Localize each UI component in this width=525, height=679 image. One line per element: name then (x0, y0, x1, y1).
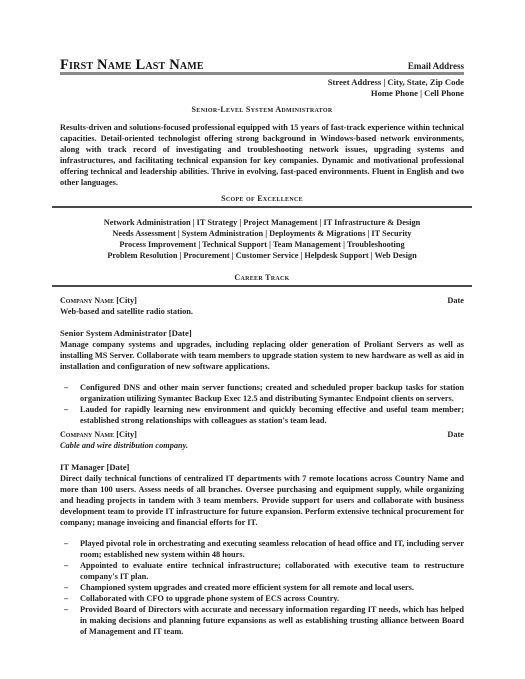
company-heading: Company Name [City] (60, 429, 137, 440)
job-description: Manage company systems and upgrades, inc… (60, 339, 464, 372)
skills-line: Process Improvement | Technical Support … (60, 239, 464, 250)
job-date: Date (447, 295, 464, 306)
section-heading-career: Career Track (60, 273, 464, 282)
skills-line: Problem Resolution | Procurement | Custo… (60, 250, 464, 261)
achievement-item: Collaborated with CFO to upgrade phone s… (60, 593, 464, 604)
skills-line: Network Administration | IT Strategy | P… (60, 217, 464, 228)
job-role: IT Manager [Date] (60, 462, 464, 473)
achievement-list: Configured DNS and other main server fun… (60, 382, 464, 426)
achievement-item: Configured DNS and other main server fun… (60, 382, 464, 404)
job-entry: Company Name [City] Date Cable and wire … (60, 429, 464, 637)
company-heading: Company Name [City] (60, 295, 137, 306)
company-city: [City] (116, 430, 137, 439)
skills-list: Network Administration | IT Strategy | P… (60, 217, 464, 261)
professional-title: Senior-Level System Administrator (60, 105, 464, 114)
job-date: Date (447, 429, 464, 440)
company-name: Company Name (60, 430, 114, 439)
company-line: Company Name [City] Date (60, 295, 464, 306)
job-role: Senior System Administrator [Date] (60, 328, 464, 339)
company-description: Cable and wire distribution company. (60, 440, 464, 451)
company-city: [City] (116, 296, 137, 305)
street-address: Street Address | City, State, Zip Code (328, 77, 464, 88)
job-entry: Company Name [City] Date Web-based and s… (60, 295, 464, 426)
achievement-item: Appointed to evaluate entire technical i… (60, 560, 464, 582)
company-line: Company Name [City] Date (60, 429, 464, 440)
section-divider-scope (52, 206, 472, 208)
achievement-item: Played pivotal role in orchestrating and… (60, 538, 464, 560)
achievement-item: Provided Board of Directors with accurat… (60, 604, 464, 637)
job-description: Direct daily technical functions of cent… (60, 473, 464, 528)
section-heading-scope: Scope of Excellence (60, 194, 464, 203)
section-divider-career (52, 285, 472, 287)
company-description: Web-based and satellite radio station. (60, 306, 464, 317)
company-name: Company Name (60, 296, 114, 305)
header-divider (60, 72, 464, 75)
summary-paragraph: Results-driven and solutions-focused pro… (60, 122, 464, 188)
contact-block: Street Address | City, State, Zip Code H… (328, 77, 464, 98)
achievement-item: Lauded for rapidly learning new environm… (60, 404, 464, 426)
achievement-item: Championed system upgrades and created m… (60, 582, 464, 593)
skills-line: Needs Assessment | System Administration… (60, 228, 464, 239)
email-address: Email Address (408, 61, 464, 71)
phone-numbers: Home Phone | Cell Phone (328, 88, 464, 99)
achievement-list: Played pivotal role in orchestrating and… (60, 538, 464, 637)
